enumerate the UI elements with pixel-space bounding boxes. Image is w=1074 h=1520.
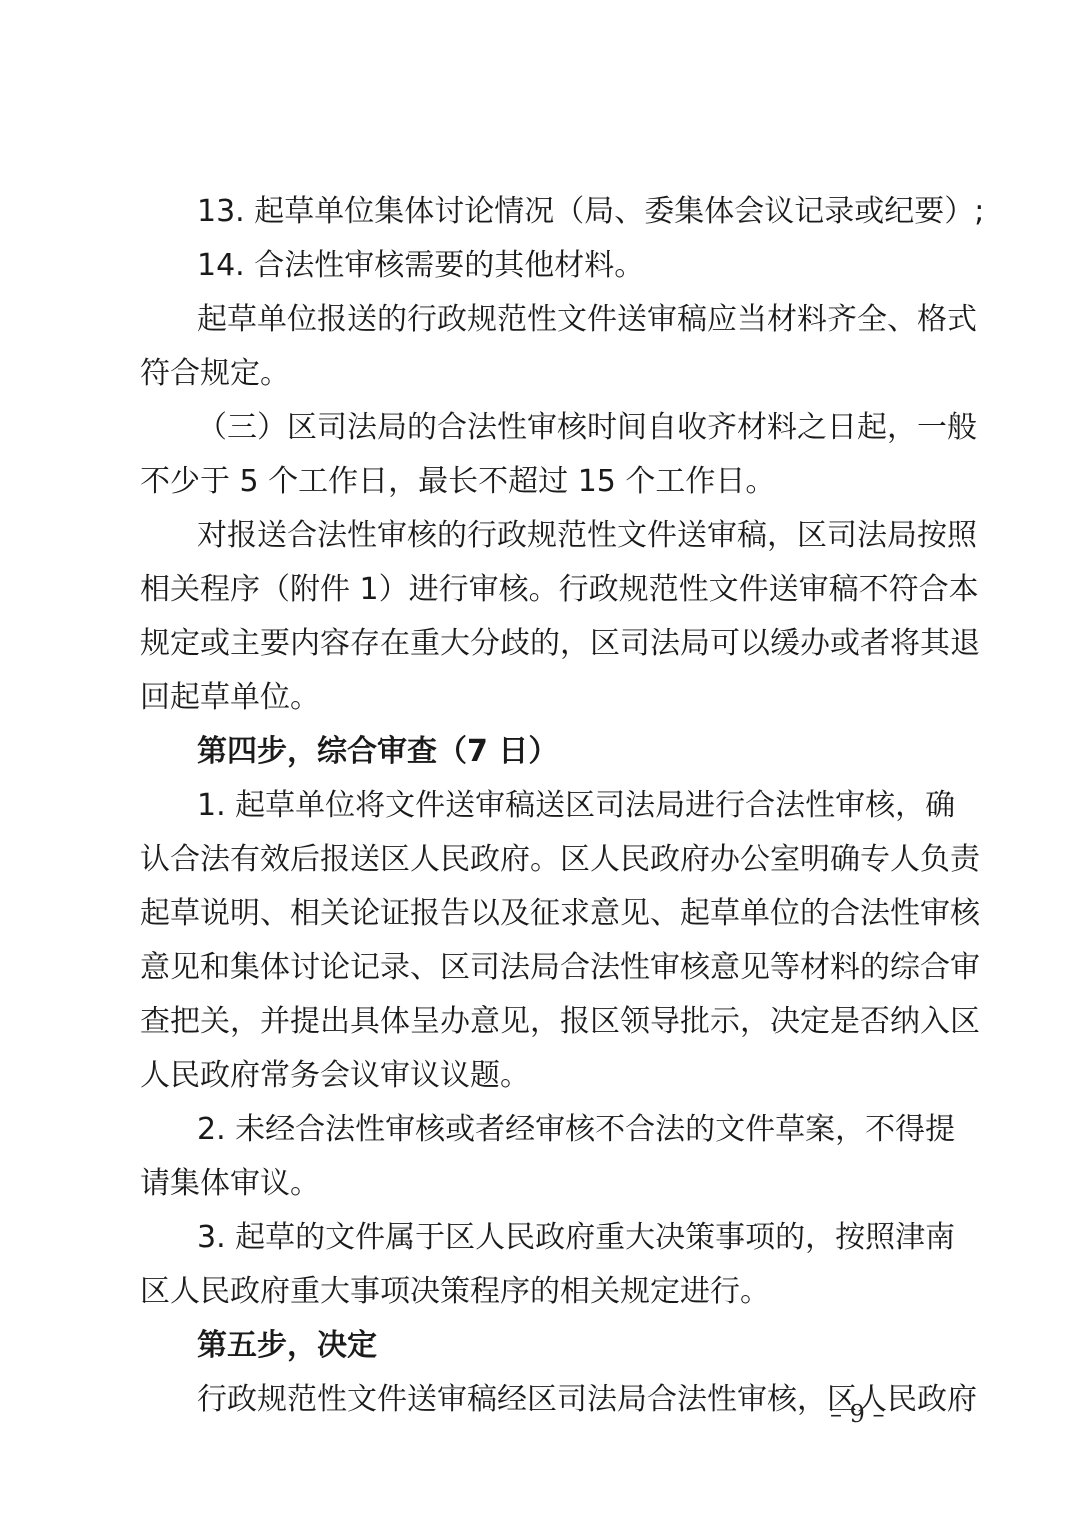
paragraph-line: 认合法有效后报送区人民政府。区人民政府办公室明确专人负责 (140, 840, 940, 880)
page-number: – 9 – (830, 1400, 885, 1428)
paragraph-line: 回起草单位。 (140, 678, 940, 718)
paragraph-line: 规定或主要内容存在重大分歧的，区司法局可以缓办或者将其退 (140, 624, 940, 664)
paragraph-line: 人民政府常务会议审议议题。 (140, 1056, 940, 1096)
paragraph-line: 13. 起草单位集体讨论情况（局、委集体会议记录或纪要）; (197, 192, 940, 232)
paragraph-line: 查把关，并提出具体呈办意见，报区领导批示，决定是否纳入区 (140, 1002, 940, 1042)
paragraph-line: 起草单位报送的行政规范性文件送审稿应当材料齐全、格式 (197, 300, 940, 340)
paragraph-line: 区人民政府重大事项决策程序的相关规定进行。 (140, 1272, 940, 1312)
paragraph-line: 起草说明、相关论证报告以及征求意见、起草单位的合法性审核 (140, 894, 940, 934)
section-heading: 第五步，决定 (197, 1326, 940, 1366)
paragraph-line: 行政规范性文件送审稿经区司法局合法性审核，区人民政府 (197, 1380, 940, 1420)
paragraph-line: 14. 合法性审核需要的其他材料。 (197, 246, 940, 286)
paragraph-line: 不少于 5 个工作日，最长不超过 15 个工作日。 (140, 462, 940, 502)
paragraph-line: 2. 未经合法性审核或者经审核不合法的文件草案，不得提 (197, 1110, 940, 1150)
paragraph-line: 3. 起草的文件属于区人民政府重大决策事项的，按照津南 (197, 1218, 940, 1258)
paragraph-line: 对报送合法性审核的行政规范性文件送审稿，区司法局按照 (197, 516, 940, 556)
paragraph-line: 相关程序（附件 1）进行审核。行政规范性文件送审稿不符合本 (140, 570, 940, 610)
paragraph-line: （三）区司法局的合法性审核时间自收齐材料之日起，一般 (197, 408, 940, 448)
paragraph-line: 1. 起草单位将文件送审稿送区司法局进行合法性审核，确 (197, 786, 940, 826)
section-heading: 第四步，综合审查（7 日） (197, 732, 940, 772)
document-page: 13. 起草单位集体讨论情况（局、委集体会议记录或纪要）;14. 合法性审核需要… (0, 0, 1074, 1520)
paragraph-line: 符合规定。 (140, 354, 940, 394)
paragraph-line: 请集体审议。 (140, 1164, 940, 1204)
paragraph-line: 意见和集体讨论记录、区司法局合法性审核意见等材料的综合审 (140, 948, 940, 988)
